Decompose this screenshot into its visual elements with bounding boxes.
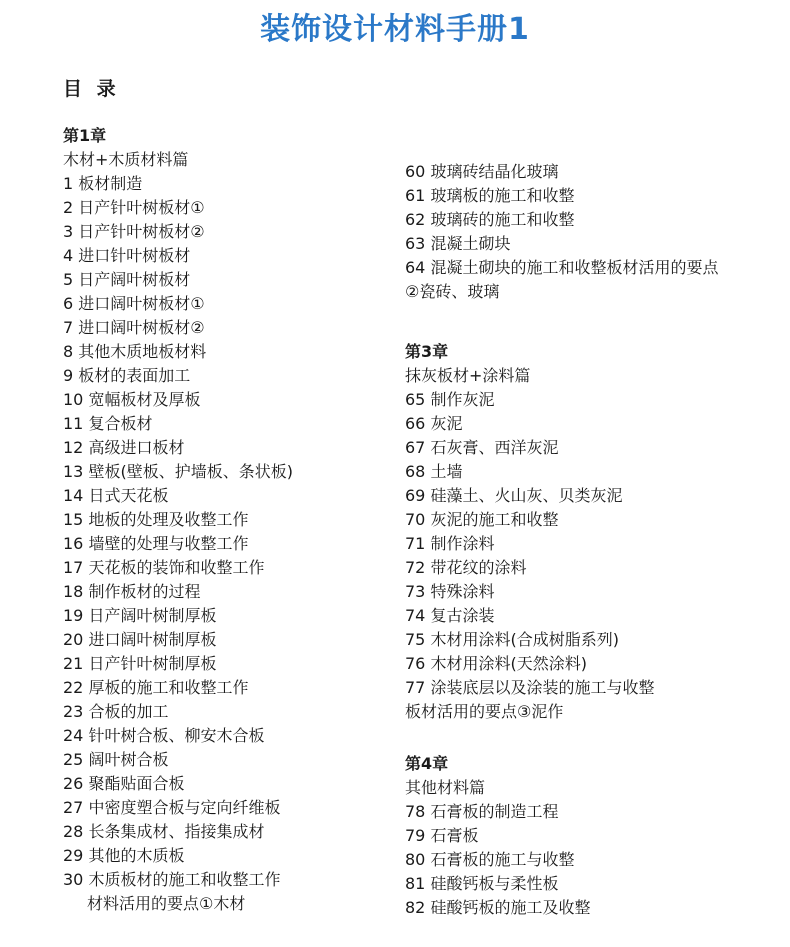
toc-item: 26 聚酯贴面合板 (63, 772, 393, 796)
toc-list: 60 玻璃砖结晶化玻璃61 玻璃板的施工和收整62 玻璃砖的施工和收整63 混凝… (405, 160, 785, 280)
toc-item: 17 天花板的装饰和收整工作 (63, 556, 393, 580)
toc-item: 81 硅酸钙板与柔性板 (405, 872, 785, 896)
toc-item: 6 进口阔叶树板材① (63, 292, 393, 316)
toc-item: 5 日产阔叶树板材 (63, 268, 393, 292)
part-title: 木材+木质材料篇 (63, 148, 393, 172)
toc-item: 63 混凝土砌块 (405, 232, 785, 256)
toc-item: 14 日式天花板 (63, 484, 393, 508)
toc-item: 1 板材制造 (63, 172, 393, 196)
toc-note: 板材活用的要点③泥作 (405, 700, 785, 724)
toc-item: 30 木质板材的施工和收整工作 (63, 868, 393, 892)
toc-item: 3 日产针叶树板材② (63, 220, 393, 244)
toc-item: 68 土墙 (405, 460, 785, 484)
chapter-label: 第4章 (405, 752, 785, 776)
toc-item: 22 厚板的施工和收整工作 (63, 676, 393, 700)
toc-item: 61 玻璃板的施工和收整 (405, 184, 785, 208)
toc-item: 67 石灰膏、西洋灰泥 (405, 436, 785, 460)
toc-item: 71 制作涂料 (405, 532, 785, 556)
toc-item: 7 进口阔叶树板材② (63, 316, 393, 340)
toc-item: 15 地板的处理及收整工作 (63, 508, 393, 532)
toc-note: 材料活用的要点①木材 (63, 892, 393, 916)
toc-list: 78 石膏板的制造工程79 石膏板80 石膏板的施工与收整81 硅酸钙板与柔性板… (405, 800, 785, 920)
toc-left-column: 第1章 木材+木质材料篇 1 板材制造2 日产针叶树板材①3 日产针叶树板材②4… (63, 124, 393, 916)
toc-list: 65 制作灰泥66 灰泥67 石灰膏、西洋灰泥68 土墙69 硅藻土、火山灰、贝… (405, 388, 785, 700)
toc-item: 76 木材用涂料(天然涂料) (405, 652, 785, 676)
toc-item: 79 石膏板 (405, 824, 785, 848)
toc-item: 69 硅藻土、火山灰、贝类灰泥 (405, 484, 785, 508)
toc-item: 72 带花纹的涂料 (405, 556, 785, 580)
toc-item: 24 针叶树合板、柳安木合板 (63, 724, 393, 748)
spacer (405, 304, 785, 328)
toc-item: 74 复古涂装 (405, 604, 785, 628)
toc-item: 73 特殊涂料 (405, 580, 785, 604)
toc-item: 4 进口针叶树板材 (63, 244, 393, 268)
toc-heading: 目 录 (63, 76, 120, 102)
toc-item: 9 板材的表面加工 (63, 364, 393, 388)
toc-item: 62 玻璃砖的施工和收整 (405, 208, 785, 232)
part-title: 其他材料篇 (405, 776, 785, 800)
toc-item: 2 日产针叶树板材① (63, 196, 393, 220)
toc-item: 11 复合板材 (63, 412, 393, 436)
toc-item: 8 其他木质地板材料 (63, 340, 393, 364)
toc-item: 29 其他的木质板 (63, 844, 393, 868)
toc-item: 28 长条集成材、指接集成材 (63, 820, 393, 844)
toc-item: 65 制作灰泥 (405, 388, 785, 412)
toc-item: 77 涂装底层以及涂装的施工与收整 (405, 676, 785, 700)
toc-item: 64 混凝土砌块的施工和收整板材活用的要点 (405, 256, 785, 280)
toc-item: 82 硅酸钙板的施工及收整 (405, 896, 785, 920)
toc-item: 66 灰泥 (405, 412, 785, 436)
toc-item: 23 合板的加工 (63, 700, 393, 724)
toc-item: 20 进口阔叶树制厚板 (63, 628, 393, 652)
spacer (405, 328, 785, 340)
chapter-label: 第3章 (405, 340, 785, 364)
part-title: 抹灰板材+涂料篇 (405, 364, 785, 388)
toc-item: 10 宽幅板材及厚板 (63, 388, 393, 412)
toc-item: 80 石膏板的施工与收整 (405, 848, 785, 872)
spacer (405, 724, 785, 748)
toc-note: ②瓷砖、玻璃 (405, 280, 785, 304)
toc-item: 21 日产针叶树制厚板 (63, 652, 393, 676)
toc-item: 18 制作板材的过程 (63, 580, 393, 604)
toc-item: 25 阔叶树合板 (63, 748, 393, 772)
toc-item: 27 中密度塑合板与定向纤维板 (63, 796, 393, 820)
chapter-label: 第1章 (63, 124, 393, 148)
toc-right-column: 60 玻璃砖结晶化玻璃61 玻璃板的施工和收整62 玻璃砖的施工和收整63 混凝… (405, 160, 785, 920)
page-title: 装饰设计材料手册1 (0, 10, 790, 50)
toc-list: 1 板材制造2 日产针叶树板材①3 日产针叶树板材②4 进口针叶树板材5 日产阔… (63, 172, 393, 892)
toc-item: 13 壁板(壁板、护墙板、条状板) (63, 460, 393, 484)
toc-item: 78 石膏板的制造工程 (405, 800, 785, 824)
toc-item: 19 日产阔叶树制厚板 (63, 604, 393, 628)
toc-item: 70 灰泥的施工和收整 (405, 508, 785, 532)
toc-item: 12 高级进口板材 (63, 436, 393, 460)
toc-item: 16 墙壁的处理与收整工作 (63, 532, 393, 556)
toc-item: 75 木材用涂料(合成树脂系列) (405, 628, 785, 652)
toc-item: 60 玻璃砖结晶化玻璃 (405, 160, 785, 184)
